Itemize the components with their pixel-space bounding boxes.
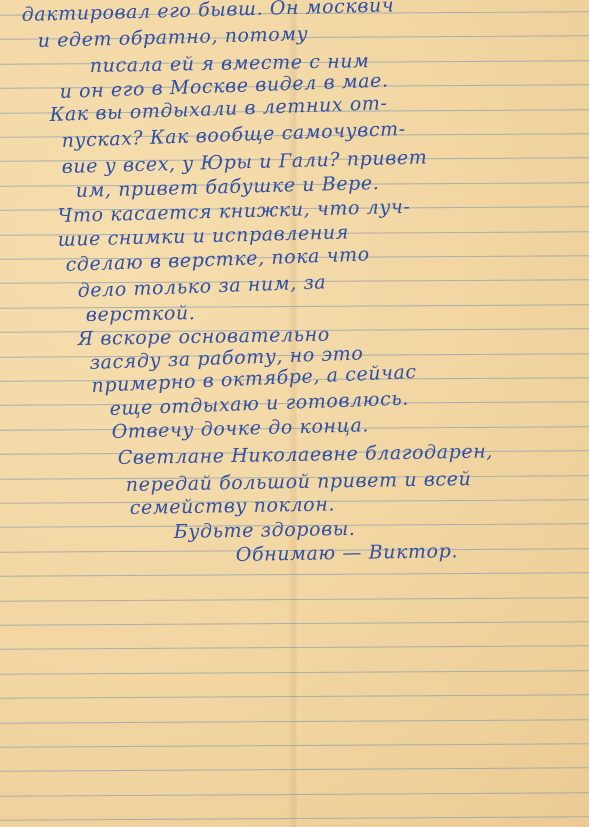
paper-rule-line xyxy=(0,670,589,675)
letter-line: передай большой привет и всей xyxy=(126,468,472,496)
letter-line: Будьте здоровы. xyxy=(174,518,356,543)
paper-rule-line xyxy=(0,768,589,773)
paper-rule-line xyxy=(0,572,589,577)
paper-rule-line xyxy=(0,597,589,602)
letter-line: дактировал его бывш. Он москвич xyxy=(21,0,394,26)
letter-line: версткой. xyxy=(86,302,196,326)
letter-line: Светлане Николаевне благодарен, xyxy=(118,440,494,469)
letter-line: семейству поклон. xyxy=(130,493,336,519)
paper-rule-line xyxy=(0,621,589,626)
letter-page: дактировал его бывш. Он москвичи едет об… xyxy=(0,0,589,827)
paper-rule-line xyxy=(0,792,589,797)
paper-rule-line xyxy=(0,719,589,724)
letter-line: и едет обратно, потому xyxy=(37,23,308,52)
paper-rule-line xyxy=(0,816,589,821)
paper-rule-line xyxy=(0,646,589,651)
paper-rule-line xyxy=(0,743,589,748)
letter-line: Обнимаю — Виктор. xyxy=(236,540,459,566)
paper-rule-line xyxy=(0,694,589,699)
letter-line: дело только за ним, за xyxy=(77,271,326,302)
